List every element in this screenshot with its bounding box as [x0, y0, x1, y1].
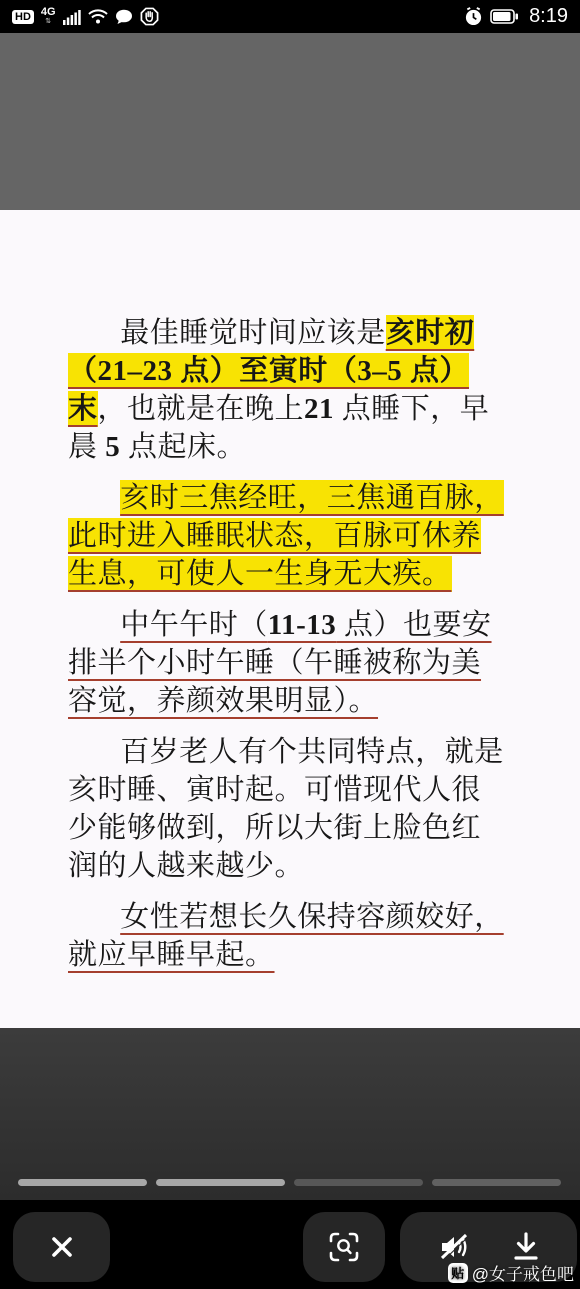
letterbox-top [0, 33, 580, 210]
muted-speaker-icon[interactable] [436, 1230, 472, 1264]
watermark: 贴 @女子戒色吧 [448, 1260, 574, 1285]
document-body: 最佳睡觉时间应该是亥时初（21–23 点）至寅时（3–5 点）末，也就是在晚上2… [0, 210, 580, 1028]
status-icons-right: 8:19 [464, 5, 568, 28]
paragraph: 百岁老人有个共同特点，就是亥时睡、寅时起。可惜现代人很少能够做到，所以大街上脸色… [68, 733, 510, 885]
pagination-segment [18, 1179, 147, 1186]
status-icons-left: HD 4G⇅ [12, 7, 159, 27]
close-icon [49, 1234, 75, 1260]
download-icon[interactable] [510, 1230, 542, 1264]
pagination-segment [432, 1179, 561, 1186]
bottom-toolbar: 贴 @女子戒色吧 [0, 1200, 580, 1289]
tieba-logo-icon: 贴 [448, 1263, 468, 1283]
status-time: 8:19 [529, 5, 568, 28]
signal-bars-icon [63, 9, 81, 25]
status-bar: HD 4G⇅ [0, 0, 580, 33]
wifi-icon [88, 9, 108, 25]
close-button[interactable] [13, 1212, 110, 1282]
paragraph: 最佳睡觉时间应该是亥时初（21–23 点）至寅时（3–5 点）末，也就是在晚上2… [68, 314, 510, 466]
phone-screen: HD 4G⇅ [0, 0, 580, 1289]
pagination-segment [156, 1179, 285, 1186]
pagination-segment [294, 1179, 423, 1186]
scan-search-icon [327, 1230, 361, 1264]
paragraph: 中午午时（11-13 点）也要安排半个小时午睡（午睡被称为美容觉，养颜效果明显）… [68, 606, 510, 720]
4g-label: 4G⇅ [41, 7, 56, 27]
pagination [18, 1179, 561, 1186]
message-bubble-icon [115, 9, 133, 25]
paragraph: 亥时三焦经旺，三焦通百脉，此时进入睡眠状态，百脉可休养生息，可使人一生身无大疾。 [68, 479, 510, 593]
hd-badge: HD [12, 10, 34, 24]
battery-icon [490, 9, 518, 24]
watermark-text: @女子戒色吧 [472, 1260, 574, 1285]
blocked-hand-octagon-icon [140, 7, 159, 26]
letterbox-bottom [0, 1028, 580, 1200]
paragraph: 女性若想长久保持容颜姣好，就应早睡早起。 [68, 898, 510, 974]
image-search-button[interactable] [303, 1212, 385, 1282]
alarm-clock-icon [464, 7, 483, 26]
